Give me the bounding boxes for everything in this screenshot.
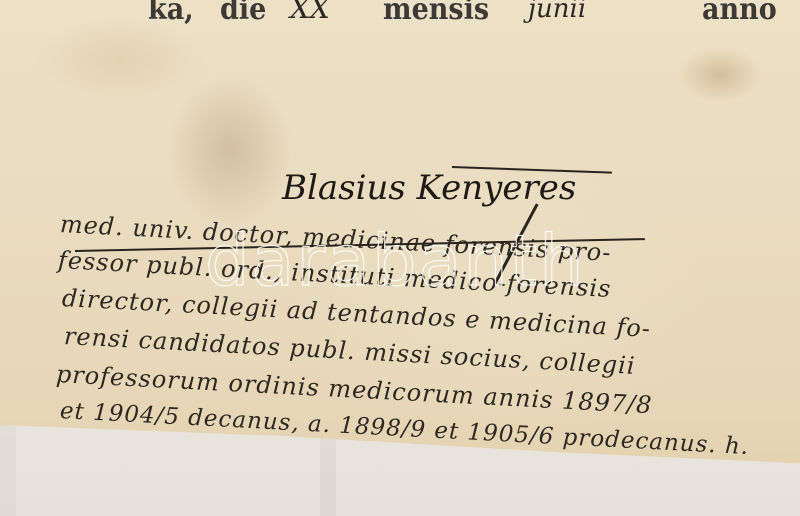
die-label: die — [220, 0, 266, 27]
signature: Blasius Kenyeres — [282, 168, 576, 208]
header-fragment: ka, — [148, 0, 194, 27]
month-value: junii — [528, 0, 586, 24]
watermark: darabanth — [205, 220, 586, 302]
anno-label: anno — [702, 0, 777, 27]
mensis-label: mensis — [383, 0, 489, 27]
day-value: XX — [290, 0, 330, 25]
